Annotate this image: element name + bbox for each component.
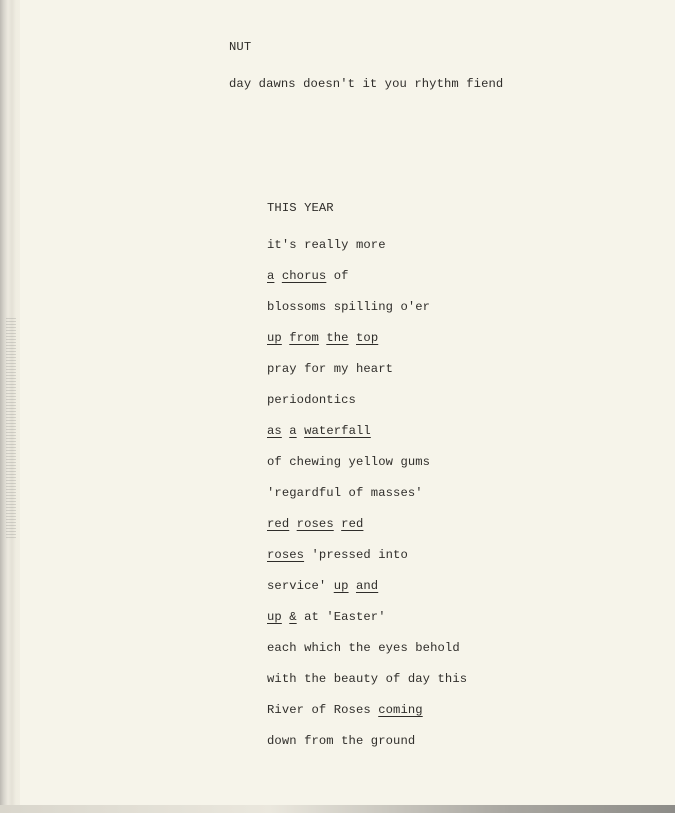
underlined-text: as bbox=[267, 424, 282, 438]
line-text: River of Roses bbox=[267, 703, 378, 717]
poem-line: up & at 'Easter' bbox=[267, 610, 386, 624]
poem-line: pray for my heart bbox=[267, 362, 393, 376]
line-text: each which the eyes behold bbox=[267, 641, 460, 655]
line-text bbox=[274, 269, 281, 283]
underlined-text: chorus bbox=[282, 269, 326, 283]
bleed-through-marks bbox=[6, 318, 16, 538]
underlined-text: the bbox=[326, 331, 348, 345]
line-text: 'regardful of masses' bbox=[267, 486, 423, 500]
line-text: at 'Easter' bbox=[297, 610, 386, 624]
line-text: it's really more bbox=[267, 238, 386, 252]
poem-line: down from the ground bbox=[267, 734, 415, 748]
poem-line: it's really more bbox=[267, 238, 386, 252]
line-text: with the beauty of day this bbox=[267, 672, 467, 686]
poem-line: each which the eyes behold bbox=[267, 641, 460, 655]
poem-line: service' up and bbox=[267, 579, 378, 593]
underlined-text: roses bbox=[267, 548, 304, 562]
underlined-text: & bbox=[289, 610, 296, 624]
line-text bbox=[297, 424, 304, 438]
line-text: blossoms spilling o'er bbox=[267, 300, 430, 314]
poem-line: as a waterfall bbox=[267, 424, 371, 438]
poem-line: 'regardful of masses' bbox=[267, 486, 423, 500]
underlined-text: up bbox=[334, 579, 349, 593]
poem-line: roses 'pressed into bbox=[267, 548, 408, 562]
page-bottom-edge bbox=[0, 805, 675, 813]
underlined-text: red bbox=[267, 517, 289, 531]
line-text bbox=[349, 579, 356, 593]
poem-line: with the beauty of day this bbox=[267, 672, 467, 686]
line-text bbox=[289, 517, 296, 531]
line-text: service' bbox=[267, 579, 334, 593]
poem-line: blossoms spilling o'er bbox=[267, 300, 430, 314]
underlined-text: up bbox=[267, 610, 282, 624]
poem-line: red roses red bbox=[267, 517, 363, 531]
underlined-text: top bbox=[356, 331, 378, 345]
page-stack-edge bbox=[0, 0, 20, 813]
line-text: pray for my heart bbox=[267, 362, 393, 376]
line-text: periodontics bbox=[267, 393, 356, 407]
poem-line: River of Roses coming bbox=[267, 703, 423, 717]
underlined-text: red bbox=[341, 517, 363, 531]
line-text: down from the ground bbox=[267, 734, 415, 748]
underlined-text: roses bbox=[297, 517, 334, 531]
poem-line: a chorus of bbox=[267, 269, 349, 283]
line-text: of bbox=[326, 269, 348, 283]
underlined-text: coming bbox=[378, 703, 422, 717]
poem-line: periodontics bbox=[267, 393, 356, 407]
poem-title: THIS YEAR bbox=[267, 201, 334, 215]
page-subtitle: day dawns doesn't it you rhythm fiend bbox=[229, 77, 503, 91]
underlined-text: waterfall bbox=[304, 424, 371, 438]
underlined-text: from bbox=[289, 331, 319, 345]
poem-line: up from the top bbox=[267, 331, 378, 345]
page-title: NUT bbox=[229, 40, 251, 54]
underlined-text: up bbox=[267, 331, 282, 345]
line-text: 'pressed into bbox=[304, 548, 408, 562]
underlined-text: a bbox=[289, 424, 296, 438]
line-text bbox=[349, 331, 356, 345]
poem-line: of chewing yellow gums bbox=[267, 455, 430, 469]
line-text: of chewing yellow gums bbox=[267, 455, 430, 469]
underlined-text: and bbox=[356, 579, 378, 593]
